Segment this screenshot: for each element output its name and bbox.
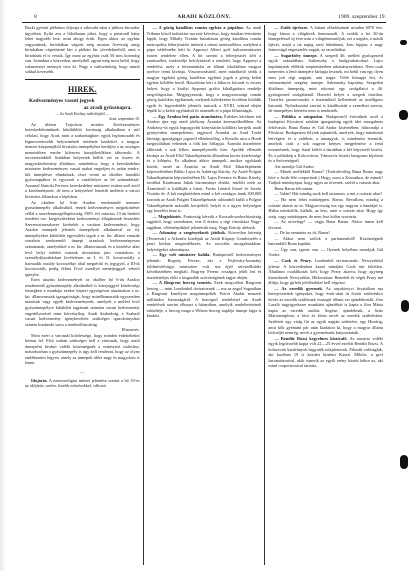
article-headline: — Egy Aradon lett patás áramlatára. [153,114,223,119]
article-body: Buna Barna felcsattan: [274,186,313,191]
article-body: — Minek mellékből Barna? (Tudvalevőleg B… [268,169,383,185]
article-body: Most ezért a városnál kötelessége, hogy … [25,333,140,366]
article-body: — Úgy van, igenis van. — Ilyenek helyébe… [268,247,383,258]
column-1: Backi gyemíi plébános feljvaja a szkesak… [22,25,143,565]
article-paragraph: — Az növelegy! — vágja Buna Barna. Akkor… [268,219,383,230]
article-paragraph: — Ha nem lehet másképpen, Barna. Bevallo… [268,197,383,219]
scan-edge [0,0,6,571]
article-headline: — Cook és Peary. [274,258,312,263]
ink-blot-mark [399,110,408,120]
article-headline: — Az ezredik gyermek. [274,286,323,291]
newspaper-title: ARADI KÖZLÖNY. [22,12,386,22]
article-body: Azt mondja Gál Andor: [274,164,314,169]
article-paragraph: Idojárás. A meteorológiai intézet jelent… [25,378,140,389]
article-paragraph: — Úgy van, igenis van. — Ilyenek helyébe… [268,247,383,258]
column-2: — A görög katolikus román egyház a pápáh… [143,25,265,565]
article-body: Az ülésen Turjolzon miniter. Kedvezménye… [25,122,140,199]
article-paragraph: Ezen utazást kedvezményét az október hó … [25,277,140,327]
article-paragraph: — Minek mellékből Barna? (Tudvalevőleg B… [268,169,383,186]
article-paragraph: — A Ringvent herceg temetés. Ezek megval… [147,280,262,319]
article-body: Az október hó 6-án Aradon rendezendő nem… [25,200,140,277]
article-paragraph: — Akkor nem szólok a parlamentből! Közön… [268,236,383,247]
article-paragraph: — Adomány a szegényeknek játékok. Közvet… [147,230,262,252]
newspaper-page: 8 ARADI KÖZLÖNY. 1909. szeptember 19. Ba… [22,12,386,567]
article-body: — Talán? Hát mindig azok kell tartanom, … [274,191,382,196]
article-body: Az ausztria vidéki egyik legfrissebb kap… [268,336,383,369]
article-body: — Ha nem lehet másképpen, Barna. Bevallo… [268,197,383,219]
article-headline: — Rendűr Rózsi kegyelmes kisztrafő. [274,336,347,341]
ink-blot-mark [401,300,409,312]
article-headline: — Sugarfalvy ünnepe. [274,53,317,58]
article-paragraph: Backi gyemíi plébános feljvaja a szkesak… [25,25,140,75]
article-headline: — A görög katolikus román egyház a pápáh… [153,25,244,30]
article-body: Az aradi Tribuna közöl tudósítást ma est… [147,25,262,113]
section-title: HIREK. [25,85,140,95]
columns: Backi gyemíi plébános feljvaja a szkesak… [22,25,386,565]
article-headline: — Egy volt miniszter halála. [153,252,211,257]
headline-line-2: az aradi gyüsznapra. [25,105,132,112]
issue-date: 1909. szeptember 19. [338,12,386,22]
masthead: 8 ARADI KÖZLÖNY. 1909. szeptember 19. [22,12,386,23]
section-divider [25,79,140,80]
article-headline: — Megtekintés. [153,214,182,219]
article-paragraph: Az ülésen Turjolzon miniter. Kedvezménye… [25,122,140,200]
article-body: Az anyakönyvi hivatalban ma beterjesztet… [268,286,383,335]
binding-hole-mark [400,40,407,45]
article-body: Ezen utazást kedvezményét az október hó … [25,277,140,326]
article-body: Ezek megvallott Ringvent herceg — mint L… [147,280,262,318]
article-body: — De ha senminte az itt, Barna! [274,230,329,235]
article-paragraph: — Sugarfalvy ünnepe. A szegedi 46. melle… [268,53,383,114]
article-paragraph: — Rendűr Rózsi kegyelmes kisztrafő. Az a… [268,336,383,369]
article-paragraph: — Politika a színpadon. Budapestről érte… [268,114,383,164]
article-paragraph: — Cook és Peary. Londonból táviratoznak:… [268,258,383,286]
article-body: Budapestről értesülnek arról a budapesti… [268,114,383,163]
article-paragraph: Most ezért a városnál kötelessége, hogy … [25,333,140,366]
article-paragraph: — Megtekintés. Fontosság kéretik a Kossu… [147,214,262,231]
article-headline: — A Ringvent herceg temetés. [153,280,212,285]
article-body: Backi gyemíi plébános feljvaja a szkesak… [25,25,140,74]
article-paragraph: — Egy Aradon lett patás áramlatára. Érde… [147,114,262,214]
article-paragraph: — Egy volt miniszter halála. Budapestről… [147,252,262,280]
article-paragraph: — Az ezredik gyermek. Az anyakönyvi hiva… [268,286,383,336]
article-body: — Akkor nem szólok a parlamentből! Közön… [268,236,383,247]
article-body: A szegedi 46. mellett gyalogezred egyik … [268,53,383,113]
article-headline: — Adomány a szegényeknek játékok. [153,230,226,235]
ink-blot-mark [400,455,408,469]
article-headline: — Zsidó újrészre. [274,25,308,30]
article-paragraph: — A görög katolikus román egyház a pápáh… [147,25,262,114]
column-3: — Zsidó újrészre. A hittani előadásainak… [264,25,386,565]
scan-artifacts [397,0,411,571]
article-headline: Idojárás. [31,378,48,383]
article-paragraph: — Zsidó újrészre. A hittani előadásainak… [268,25,383,53]
article-body: — Az növelegy! — vágja Buna Barna. Akkor… [268,219,383,230]
headline-line-1: Kedvezményes vasuti jegyek [29,98,140,105]
article-headline: — Politika a színpadon. [274,114,323,119]
separator: — [25,369,140,375]
article-paragraph: Az október hó 6-án Aradon rendezendő nem… [25,200,140,278]
article-body: Érdekes kérelmet tett Aradon újra egy ar… [147,114,262,213]
